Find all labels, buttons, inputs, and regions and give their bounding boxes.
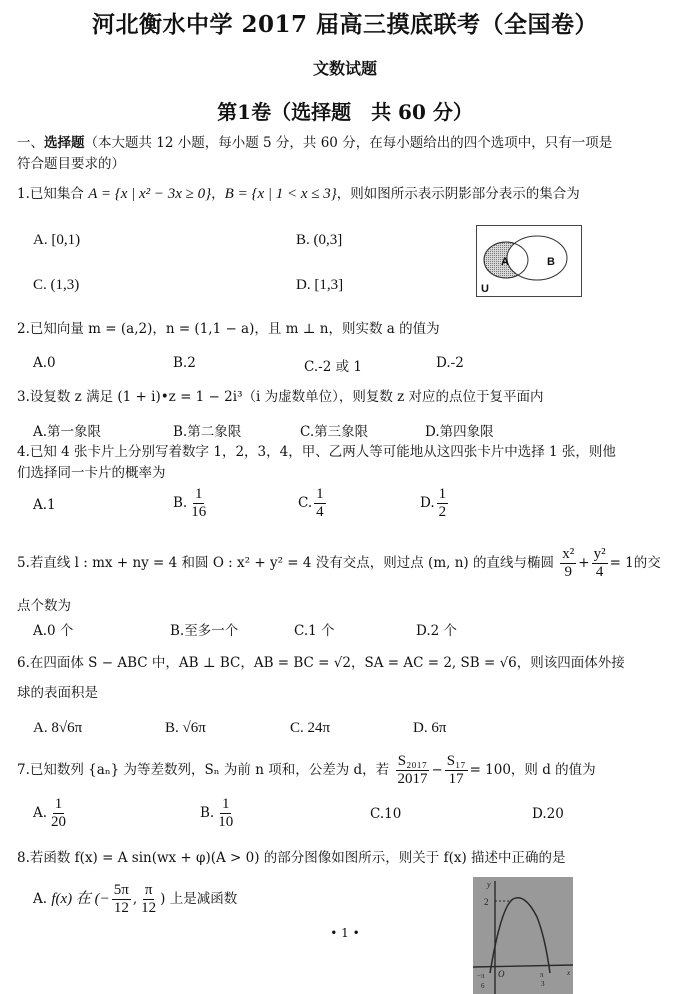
fraction: 120 <box>49 796 68 831</box>
numerator: x² <box>560 546 576 564</box>
q1-option-a[interactable]: A. [0,1) <box>33 232 80 249</box>
part-heading: 选择题 <box>44 135 85 151</box>
stem-text: 在四面体 S − ABC 中，AB ⊥ BC，AB = BC = √2，SA =… <box>30 655 625 671</box>
question-number: 1. <box>17 186 30 202</box>
svg-text:−π: −π <box>477 972 485 980</box>
question-4-stem-line-2: 们选择同一卡片的概率为 <box>17 464 166 482</box>
venn-diagram: A B U <box>476 225 582 297</box>
instructions-text: （本大题共 12 小题，每小题 5 分，共 60 分，在每小题给出的四个选项中，… <box>85 135 613 151</box>
q4-option-d[interactable]: D.12 <box>420 486 450 521</box>
venn-diagram-icon: A B U <box>476 225 582 297</box>
numerator: 1 <box>314 486 326 504</box>
question-number: 2. <box>17 321 30 337</box>
svg-text:A: A <box>501 256 509 268</box>
question-5-stem-line-1: 5.若直线 l : mx + ny = 4 和圆 O : x² + y² = 4… <box>17 545 661 581</box>
ellipse-y-term: y²4 <box>592 546 608 581</box>
q1-option-c[interactable]: C. (1,3) <box>33 277 79 294</box>
instructions-line-2: 符合题目要求的） <box>17 155 125 173</box>
q7-option-b[interactable]: B.110 <box>200 796 237 831</box>
ellipse-x-term: x²9 <box>560 546 576 581</box>
instructions-line-1: 一、选择题（本大题共 12 小题，每小题 5 分，共 60 分，在每小题给出的四… <box>17 134 612 152</box>
part-label: 一、 <box>17 135 44 151</box>
question-7-stem: 7.已知数列 {aₙ} 为等差数列，Sₙ 为前 n 项和，公差为 d，若 S₂₀… <box>17 752 596 788</box>
stem-text: 已知集合 <box>30 186 84 202</box>
stem-text: ，则如图所示表示阴影部分表示的集合为 <box>337 186 580 202</box>
question-4-stem-line-1: 4.已知 4 张卡片上分别写着数字 1，2，3，4，甲、乙两人等可能地从这四张卡… <box>17 443 616 461</box>
fraction-s2017: S₂₀₁₇2017 <box>395 753 429 788</box>
numerator: 1 <box>53 796 65 814</box>
q7-option-d[interactable]: D.20 <box>532 806 564 822</box>
q4-option-b[interactable]: B.116 <box>173 486 210 521</box>
question-3-stem: 3.设复数 z 满足 (1 + i)•z = 1 − 2i³（i 为虚数单位），… <box>17 388 544 406</box>
numerator: 5π <box>112 882 131 900</box>
question-1-stem: 1.已知集合 A = {x | x² − 3x ≥ 0}，B = {x | 1 … <box>17 185 580 203</box>
section-title: 第1卷（选择题 共 60 分） <box>0 96 690 125</box>
q1-option-d[interactable]: D. [1,3] <box>296 277 343 294</box>
numerator: 1 <box>220 796 232 814</box>
stem-text: 若直线 l : mx + ny = 4 和圆 O : x² + y² = 4 没… <box>30 555 554 571</box>
denominator: 12 <box>139 900 158 917</box>
denominator: 12 <box>112 900 131 917</box>
stem-text: 已知向量 m = (a,2)，n = (1,1 − a)，且 m ⊥ n，则实数… <box>30 321 440 337</box>
question-number: 3. <box>17 389 30 405</box>
fraction: π12 <box>139 882 158 917</box>
option-value: 1 <box>47 497 56 513</box>
q3-option-a[interactable]: A.第一象限 <box>33 420 101 440</box>
q6-option-d[interactable]: D. 6π <box>413 720 446 737</box>
q5-option-a[interactable]: A.0 个 <box>33 619 73 639</box>
q2-option-b[interactable]: B.2 <box>173 355 196 371</box>
option-value: 10 <box>384 806 401 822</box>
fraction: 14 <box>314 486 326 521</box>
svg-text:B: B <box>547 256 555 268</box>
exam-subtitle: 文数试题 <box>0 56 690 79</box>
svg-text:π: π <box>540 971 544 979</box>
stem-text: 若函数 f(x) = A sin(wx + φ)(A > 0) 的部分图像如图所… <box>30 850 566 866</box>
denominator: 4 <box>594 564 606 581</box>
q6-option-b[interactable]: B. √6π <box>165 720 206 737</box>
question-number: 6. <box>17 655 30 671</box>
numerator: 1 <box>193 486 205 504</box>
q7-option-a[interactable]: A.120 <box>33 796 70 831</box>
svg-text:O: O <box>498 969 505 979</box>
numerator: 1 <box>437 486 449 504</box>
question-number: 4. <box>17 444 30 460</box>
q3-option-d[interactable]: D.第四象限 <box>425 420 494 440</box>
option-value: 20 <box>547 806 564 822</box>
fraction: 12 <box>437 486 449 521</box>
q3-option-b[interactable]: B.第二象限 <box>173 420 241 440</box>
denominator: 2017 <box>395 771 429 788</box>
numerator: S₁₇ <box>445 753 468 771</box>
question-number: 7. <box>17 762 30 778</box>
q2-option-a[interactable]: A.0 <box>33 355 56 371</box>
option-label: A. <box>33 805 47 821</box>
svg-text:2: 2 <box>484 897 489 907</box>
denominator: 20 <box>49 814 68 831</box>
q2-option-d[interactable]: D.-2 <box>436 355 464 371</box>
option-label: A. <box>33 497 47 513</box>
q6-option-c[interactable]: C. 24π <box>290 720 330 737</box>
stem-text: = 100，则 d 的值为 <box>470 762 596 778</box>
stem-text: 已知数列 {aₙ} 为等差数列，Sₙ 为前 n 项和，公差为 d，若 <box>30 762 389 778</box>
svg-text:y: y <box>486 880 491 889</box>
option-label: D. <box>420 495 435 511</box>
stem-text: 设复数 z 满足 (1 + i)•z = 1 − 2i³（i 为虚数单位），则复… <box>30 389 544 405</box>
question-number: 8. <box>17 850 30 866</box>
plus-sign: + <box>578 555 589 571</box>
q2-option-c[interactable]: C.-2 或 1 <box>304 355 362 375</box>
page-number: • 1 • <box>0 926 690 940</box>
option-label: B. <box>200 805 214 821</box>
stem-text: 的交 <box>634 555 661 571</box>
denominator: 16 <box>189 504 208 521</box>
option-label: A. <box>33 891 47 907</box>
question-2-stem: 2.已知向量 m = (a,2)，n = (1,1 − a)，且 m ⊥ n，则… <box>17 320 440 338</box>
fraction: 110 <box>216 796 235 831</box>
question-8-stem: 8.若函数 f(x) = A sin(wx + φ)(A > 0) 的部分图像如… <box>17 849 566 867</box>
q8-option-a[interactable]: A. f(x) 在 (−5π12,π12) 上是减函数 <box>33 880 237 918</box>
question-5-stem-line-2: 点个数为 <box>17 597 71 615</box>
svg-text:U: U <box>481 283 489 295</box>
equals-one: = 1 <box>610 555 634 571</box>
svg-text:6: 6 <box>481 982 485 990</box>
minus-sign: − <box>431 762 442 778</box>
option-text: f(x) 在 (− <box>51 891 109 907</box>
denominator: 17 <box>447 771 466 788</box>
q4-option-a[interactable]: A.1 <box>33 497 56 513</box>
option-label: C. <box>370 806 384 822</box>
q1-option-b[interactable]: B. (0,3] <box>296 232 342 249</box>
denominator: 9 <box>563 564 575 581</box>
question-6-stem-line-1: 6.在四面体 S − ABC 中，AB ⊥ BC，AB = BC = √2，SA… <box>17 654 625 672</box>
set-b: B = {x | 1 < x ≤ 3} <box>225 186 337 202</box>
option-text: ) 上是减函数 <box>160 891 237 907</box>
q4-option-c[interactable]: C.14 <box>298 486 328 521</box>
option-label: B. <box>173 495 187 511</box>
set-a: A = {x | x² − 3x ≥ 0} <box>88 186 211 202</box>
fraction: 116 <box>189 486 208 521</box>
q5-option-d[interactable]: D.2 个 <box>416 619 457 639</box>
q5-option-c[interactable]: C.1 个 <box>294 619 335 639</box>
fraction-s17: S₁₇17 <box>445 753 468 788</box>
denominator: 10 <box>216 814 235 831</box>
q6-option-a[interactable]: A. 8√6π <box>33 720 82 737</box>
q7-option-c[interactable]: C.10 <box>370 806 401 822</box>
numerator: S₂₀₁₇ <box>396 753 429 771</box>
denominator: 4 <box>314 504 326 521</box>
option-label: C. <box>298 495 312 511</box>
fraction: 5π12 <box>112 882 131 917</box>
q5-option-b[interactable]: B.至多一个 <box>170 619 238 639</box>
denominator: 2 <box>437 504 449 521</box>
comma: , <box>133 891 137 907</box>
exam-title: 河北衡水中学 2017 届高三摸底联考（全国卷） <box>0 6 690 39</box>
question-number: 5. <box>17 555 30 571</box>
numerator: y² <box>592 546 608 564</box>
svg-text:3: 3 <box>541 980 545 988</box>
stem-text: 已知 4 张卡片上分别写着数字 1，2，3，4，甲、乙两人等可能地从这四张卡片中… <box>30 444 616 460</box>
separator: ， <box>211 186 225 202</box>
question-6-stem-line-2: 球的表面积是 <box>17 684 98 702</box>
q3-option-c[interactable]: C.第三象限 <box>300 420 368 440</box>
numerator: π <box>143 882 155 900</box>
option-label: D. <box>532 806 547 822</box>
